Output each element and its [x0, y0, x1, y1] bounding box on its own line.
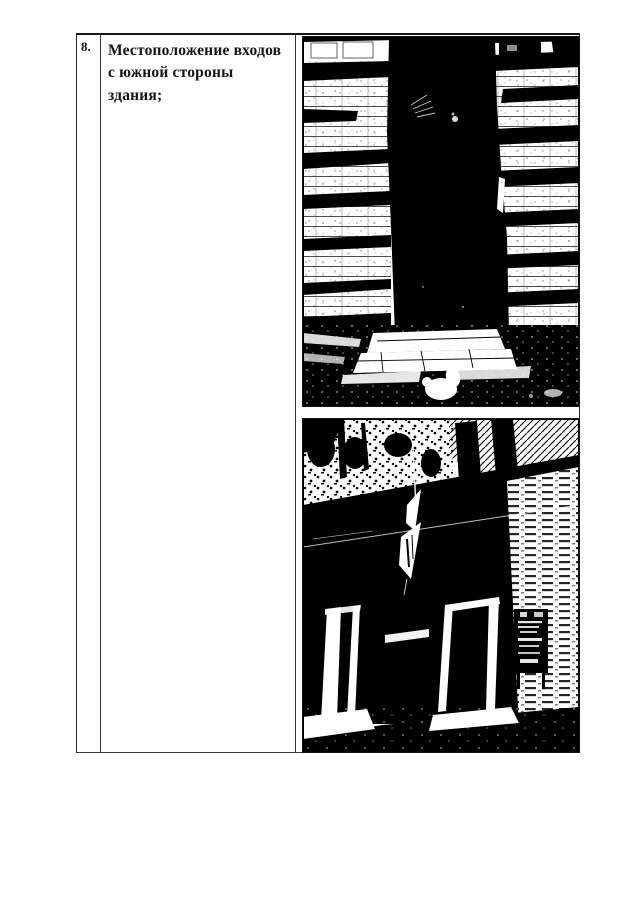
photo1-doorway [387, 39, 509, 335]
row-number-cell: 8. [77, 35, 101, 752]
description-cell: Местоположение входов с южной стороны зд… [101, 35, 296, 752]
description-text: Местоположение входов с южной стороны зд… [108, 42, 281, 104]
south-facade-flag-photo [303, 419, 579, 752]
photo1-left-wall [303, 61, 391, 333]
content-table: 8. Местоположение входов с южной стороны… [76, 33, 580, 753]
document-page: 8. Местоположение входов с южной стороны… [0, 0, 640, 906]
photo1-steps-ground [303, 325, 579, 406]
row-number: 8. [81, 39, 91, 54]
south-entrance-doorway-photo [303, 37, 579, 406]
photo-cell [296, 35, 579, 752]
